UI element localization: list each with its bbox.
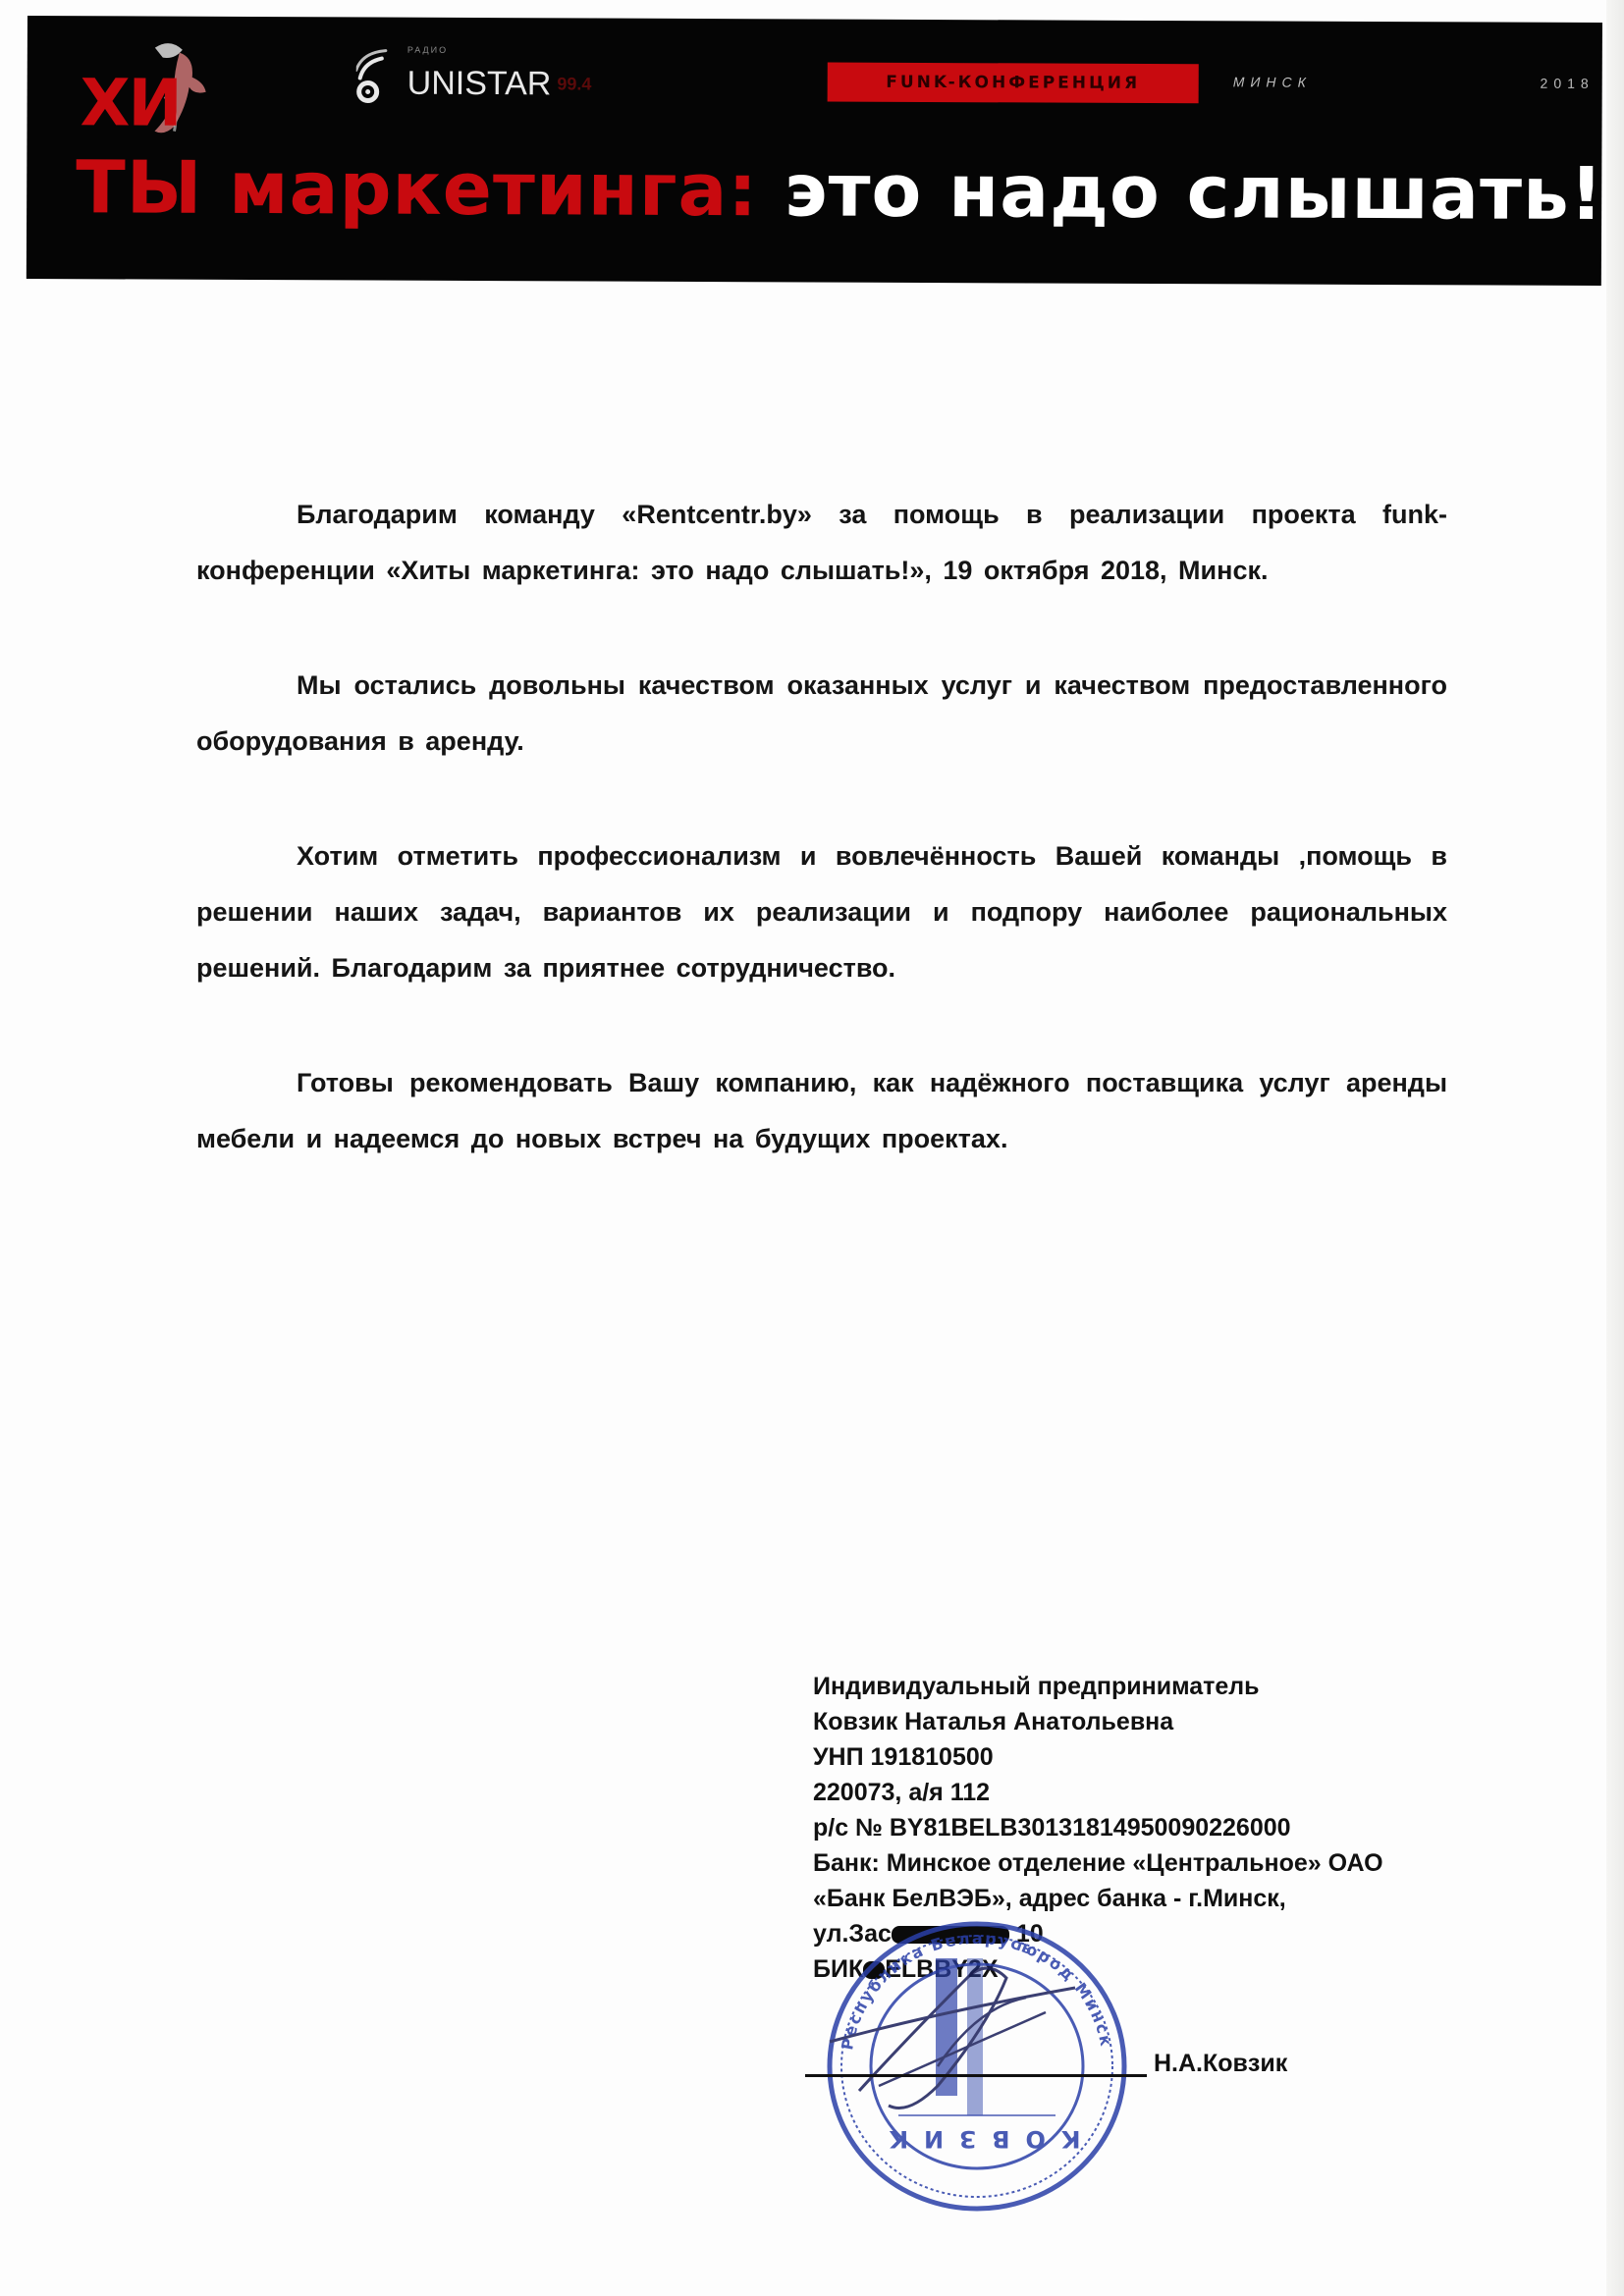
svg-text:КОВЗИК: КОВЗИК [873,2125,1080,2153]
requisites-bank-line1: Банк: Минское отделение «Центральное» ОА… [813,1845,1383,1881]
requisites-postal: 220073, а/я 112 [813,1775,1383,1810]
requisites-name: Ковзик Наталья Анатольевна [813,1704,1383,1739]
paragraph-professionalism: Хотим отметить профессионализм и вовлечё… [196,828,1447,996]
radio-unistar-logo: РАДИО UNISTAR 99.4 [356,44,592,104]
radio-frequency: 99.4 [557,74,591,94]
paragraph-satisfaction: Мы остались довольны качеством оказанных… [196,658,1447,770]
headline-red-part: ТЫ маркетинга: [76,145,758,233]
city-label: МИНСК [1233,74,1312,89]
paragraph-thanks: Благодарим команду «Rentcentr.by» за пом… [196,487,1447,599]
requisites-unp: УНП 191810500 [813,1739,1383,1775]
header-banner: ХИ РАДИО UNISTAR 99.4 FUNK-КОНФЕРЕНЦИЯ М… [27,16,1602,286]
radio-brand: UNISTAR [407,67,552,101]
paragraph-recommendation: Готовы рекомендовать Вашу компанию, как … [196,1055,1447,1167]
radio-label: РАДИО [407,45,448,55]
headline-white-part: это надо слышать! [785,148,1604,237]
conference-badge: FUNK-КОНФЕРЕНЦИЯ [828,63,1199,104]
requisites-account: р/с № BY81BELB30131814950090226000 [813,1810,1383,1845]
paper-edge [1606,0,1624,2296]
company-stamp-icon: Республика Беларусь город Минск КОВЗИК [820,1919,1134,2214]
requisites-bank-line2: «Банк БелВЭБ», адрес банка - г.Минск, [813,1881,1383,1916]
letter-body: Благодарим команду «Rentcentr.by» за пом… [196,487,1447,1226]
year-label: 2018 [1541,76,1595,91]
requisites-title: Индивидуальный предприниматель [813,1669,1383,1704]
banner-headline: ТЫ маркетинга: это надо слышать! [76,143,1604,239]
signatory-name: Н.А.Ковзик [1154,2050,1287,2078]
signature-line [805,2074,1147,2077]
radio-waves-icon [356,48,402,103]
hits-logo-text: ХИ [80,71,180,135]
